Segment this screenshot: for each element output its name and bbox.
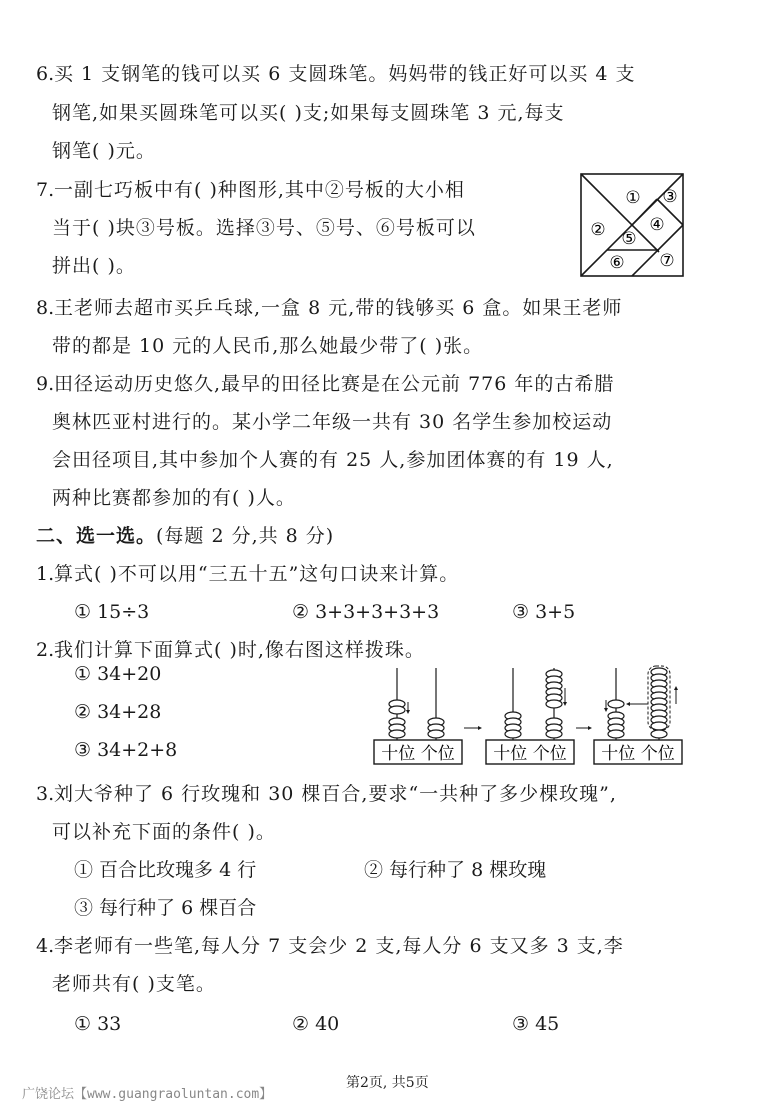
- question-number: 4.: [36, 934, 54, 958]
- q9-line-2: 奥林匹亚村进行的。某小学二年级一共有 30 名学生参加校运动: [52, 410, 612, 434]
- question-number: 9.: [36, 372, 54, 396]
- tangram-piece-4: ④: [649, 215, 664, 235]
- q8-line-1: 王老师去超市买乒乓球,一盒 8 元,带的钱够买 6 盒。如果王老师: [54, 296, 622, 320]
- p2-q3-line-2: 可以补充下面的条件( )。: [52, 820, 276, 844]
- option-3[interactable]: ③ 34+2+8: [74, 738, 177, 762]
- option-1[interactable]: ① 15÷3: [74, 600, 149, 624]
- q9-line-1: 田径运动历史悠久,最早的田径比赛是在公元前 776 年的古希腊: [54, 372, 614, 396]
- option-3[interactable]: ③ 每行种了 6 棵百合: [74, 896, 256, 920]
- abacus-2: 十位 个位: [486, 668, 574, 764]
- watermark: 广饶论坛【www.guangraoluntan.com】: [22, 1083, 272, 1102]
- option-2[interactable]: ② 3+3+3+3+3: [292, 600, 439, 624]
- p2-q1-stem: 算式( )不可以用“三五十五”这句口诀来计算。: [54, 562, 459, 586]
- p2-q3-line-1: 刘大爷种了 6 行玫瑰和 30 棵百合,要求“一共种了多少棵玫瑰”,: [54, 782, 617, 806]
- p2-q4-line-2: 老师共有( )支笔。: [52, 972, 216, 996]
- q9-line-4: 两种比赛都参加的有( )人。: [52, 486, 296, 510]
- option-1[interactable]: ① 百合比玫瑰多 4 行: [74, 858, 256, 882]
- option-3[interactable]: ③ 45: [512, 1012, 559, 1036]
- question-number: 2.: [36, 638, 54, 662]
- option-1[interactable]: ① 34+20: [74, 662, 161, 686]
- q6-line-3: 钢笔( )元。: [52, 139, 156, 163]
- abacus-diagram: 十位 个位 十位 个位 十位 个位: [366, 660, 686, 768]
- p2-q2-stem: 我们计算下面算式( )时,像右图这样拨珠。: [54, 638, 425, 662]
- q6-line-2: 钢笔,如果买圆珠笔可以买( )支;如果每支圆珠笔 3 元,每支: [52, 101, 565, 125]
- q7-line-2: 当于( )块③号板。选择③号、⑤号、⑥号板可以: [52, 216, 476, 240]
- tangram-piece-7: ⑦: [659, 251, 674, 271]
- question-number: 6.: [36, 62, 54, 86]
- option-3[interactable]: ③ 3+5: [512, 600, 575, 624]
- abacus-3: 十位 个位: [594, 666, 682, 764]
- question-number: 8.: [36, 296, 54, 320]
- option-2[interactable]: ② 每行种了 8 棵玫瑰: [364, 858, 546, 882]
- section-heading: 二、选一选。(每题 2 分,共 8 分): [36, 524, 334, 548]
- question-number: 1.: [36, 562, 54, 586]
- tangram-piece-5: ⑤: [621, 229, 636, 249]
- option-2[interactable]: ② 34+28: [74, 700, 161, 724]
- q9-line-3: 会田径项目,其中参加个人赛的有 25 人,参加团体赛的有 19 人,: [52, 448, 614, 472]
- abacus-1: 十位 个位: [374, 668, 462, 764]
- option-2[interactable]: ② 40: [292, 1012, 339, 1036]
- section-title: 二、选一选。: [36, 525, 156, 547]
- q7-line-3: 拼出( )。: [52, 254, 136, 278]
- svg-text:十位 个位: 十位 个位: [493, 744, 566, 764]
- svg-text:十位 个位: 十位 个位: [381, 744, 454, 764]
- tangram-piece-6: ⑥: [609, 253, 624, 273]
- option-1[interactable]: ① 33: [74, 1012, 121, 1036]
- page-number: 第2页, 共5页: [346, 1072, 429, 1092]
- section-scoring: (每题 2 分,共 8 分): [156, 525, 334, 547]
- question-number: 7.: [36, 178, 54, 202]
- q7-line-1: 一副七巧板中有( )种图形,其中②号板的大小相: [54, 178, 465, 202]
- tangram-piece-3: ③: [662, 187, 677, 207]
- tangram-piece-2: ②: [590, 220, 605, 240]
- tangram-piece-1: ①: [625, 188, 640, 208]
- p2-q4-line-1: 李老师有一些笔,每人分 7 支会少 2 支,每人分 6 支又多 3 支,李: [54, 934, 624, 958]
- tangram-diagram: ① ② ③ ④ ⑤ ⑥ ⑦: [580, 173, 684, 277]
- q8-line-2: 带的都是 10 元的人民币,那么她最少带了( )张。: [52, 334, 483, 358]
- svg-text:十位 个位: 十位 个位: [601, 744, 674, 764]
- q6-line-1: 买 1 支钢笔的钱可以买 6 支圆珠笔。妈妈带的钱正好可以买 4 支: [54, 62, 636, 86]
- question-number: 3.: [36, 782, 54, 806]
